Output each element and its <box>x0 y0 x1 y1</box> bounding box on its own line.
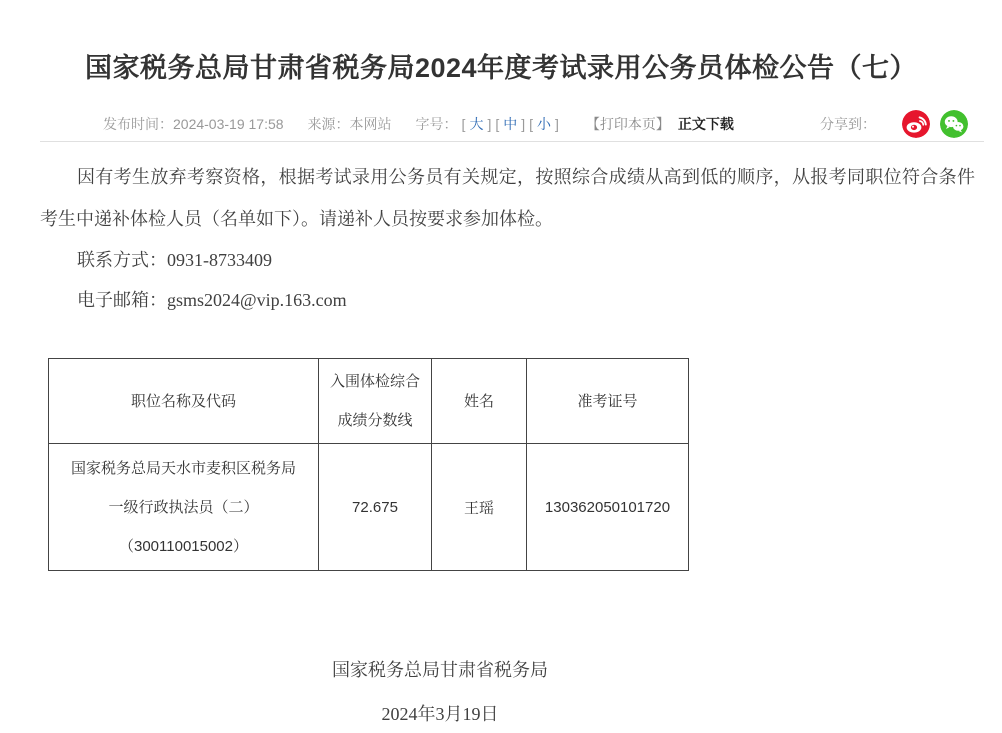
share-group: 分享到： <box>820 110 968 138</box>
weibo-icon[interactable] <box>902 110 930 138</box>
contact-email-value: gsms2024@vip.163.com <box>167 290 347 310</box>
footer-date: 2024年3月19日 <box>0 701 880 727</box>
contact-phone-label: 联系方式： <box>77 250 167 270</box>
source-value: 本网站 <box>350 116 392 132</box>
bracket: [ <box>462 116 466 132</box>
bracket: [ <box>495 116 499 132</box>
recruitment-table: 职位名称及代码 入围体检综合 成绩分数线 姓名 准考证号 国家税务总局天水市麦积… <box>48 358 689 571</box>
contact-phone-value: 0931-8733409 <box>167 250 272 270</box>
cell-score: 72.675 <box>319 444 432 571</box>
table-row: 国家税务总局天水市麦积区税务局 一级行政执法员（二） （300110015002… <box>49 444 689 571</box>
header-score-line: 入围体检综合 成绩分数线 <box>319 359 432 444</box>
header-position: 职位名称及代码 <box>49 359 319 444</box>
source: 来源：本网站 <box>308 114 392 134</box>
header-name: 姓名 <box>432 359 527 444</box>
fontsize-small: [小] <box>529 114 559 134</box>
meta-bar: 发布时间：2024-03-19 17:58 来源：本网站 字号：[大][中][小… <box>0 110 1002 138</box>
announcement-paragraph: 因有考生放弃考察资格，根据考试录用公务员有关规定，按照综合成绩从高到低的顺序，从… <box>40 156 975 240</box>
fontsize-large-button[interactable]: 大 <box>469 116 483 132</box>
bracket: ] <box>487 116 491 132</box>
fontsize-control: 字号：[大][中][小] <box>416 114 559 134</box>
fontsize-label: 字号： <box>416 114 458 134</box>
page-title: 国家税务总局甘肃省税务局2024年度考试录用公务员体检公告（七） <box>0 50 1002 86</box>
cell-ticket: 130362050101720 <box>527 444 689 571</box>
footer-org: 国家税务总局甘肃省税务局 <box>0 657 880 683</box>
header-divider <box>40 141 984 142</box>
share-label: 分享到： <box>820 114 876 134</box>
publish-time-label: 发布时间： <box>103 116 173 132</box>
contact-phone: 联系方式：0931-8733409 <box>40 240 975 280</box>
bracket: ] <box>521 116 525 132</box>
article-header: 国家税务总局甘肃省税务局2024年度考试录用公务员体检公告（七） 发布时间：20… <box>0 0 1002 142</box>
publish-time-value: 2024-03-19 17:58 <box>173 116 284 132</box>
header-ticket: 准考证号 <box>527 359 689 444</box>
source-label: 来源： <box>308 116 350 132</box>
contact-email: 电子邮箱：gsms2024@vip.163.com <box>40 280 975 320</box>
publish-time: 发布时间：2024-03-19 17:58 <box>103 114 284 134</box>
print-page-button[interactable]: 【打印本页】 <box>586 114 670 134</box>
fontsize-large: [大] <box>462 114 492 134</box>
article-body: 因有考生放弃考察资格，根据考试录用公务员有关规定，按照综合成绩从高到低的顺序，从… <box>0 156 1002 727</box>
wechat-icon[interactable] <box>940 110 968 138</box>
bracket: ] <box>555 116 559 132</box>
cell-position: 国家税务总局天水市麦积区税务局 一级行政执法员（二） （300110015002… <box>49 444 319 571</box>
contact-email-label: 电子邮箱： <box>77 290 167 310</box>
fontsize-medium-button[interactable]: 中 <box>503 116 517 132</box>
table-header-row: 职位名称及代码 入围体检综合 成绩分数线 姓名 准考证号 <box>49 359 689 444</box>
fontsize-medium: [中] <box>495 114 525 134</box>
cell-name: 王瑶 <box>432 444 527 571</box>
bracket: [ <box>529 116 533 132</box>
fontsize-small-button[interactable]: 小 <box>537 116 551 132</box>
download-text-link[interactable]: 正文下载 <box>678 114 734 134</box>
article-footer: 国家税务总局甘肃省税务局 2024年3月19日 <box>0 657 880 727</box>
